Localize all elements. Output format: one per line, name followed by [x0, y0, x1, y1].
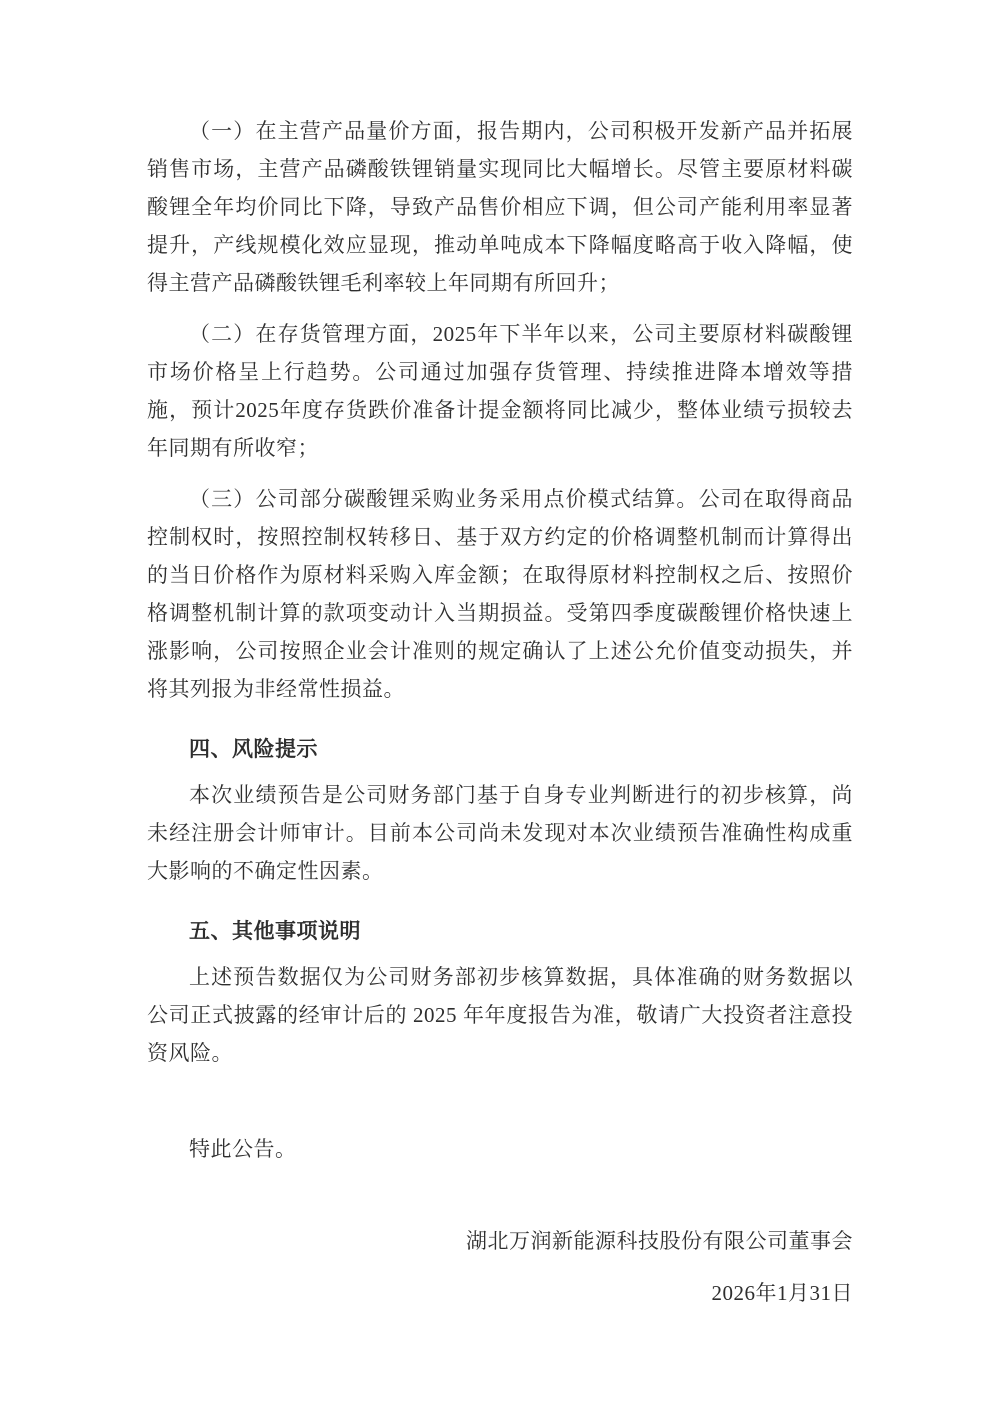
board-signature: 湖北万润新能源科技股份有限公司董事会 — [147, 1222, 853, 1260]
closing-statement: 特此公告。 — [147, 1130, 853, 1168]
announcement-page: （一）在主营产品量价方面，报告期内，公司积极开发新产品并拓展销售市场，主营产品磷… — [0, 0, 1000, 1414]
section-heading-other-matters: 五、其他事项说明 — [147, 912, 853, 950]
paragraph-item-2-inventory-management: （二）在存货管理方面，2025年下半年以来，公司主要原材料碳酸锂市场价格呈上行趋… — [147, 315, 853, 467]
paragraph-other-matters-body: 上述预告数据仅为公司财务部初步核算数据，具体准确的财务数据以公司正式披露的经审计… — [147, 958, 853, 1072]
paragraph-item-1-product-volume-price: （一）在主营产品量价方面，报告期内，公司积极开发新产品并拓展销售市场，主营产品磷… — [147, 112, 853, 302]
section-heading-risk-notice: 四、风险提示 — [147, 730, 853, 768]
paragraph-risk-notice-body: 本次业绩预告是公司财务部门基于自身专业判断进行的初步核算，尚未经注册会计师审计。… — [147, 776, 853, 890]
paragraph-item-3-point-pricing: （三）公司部分碳酸锂采购业务采用点价模式结算。公司在取得商品控制权时，按照控制权… — [147, 480, 853, 708]
announcement-date: 2026年1月31日 — [147, 1274, 853, 1312]
